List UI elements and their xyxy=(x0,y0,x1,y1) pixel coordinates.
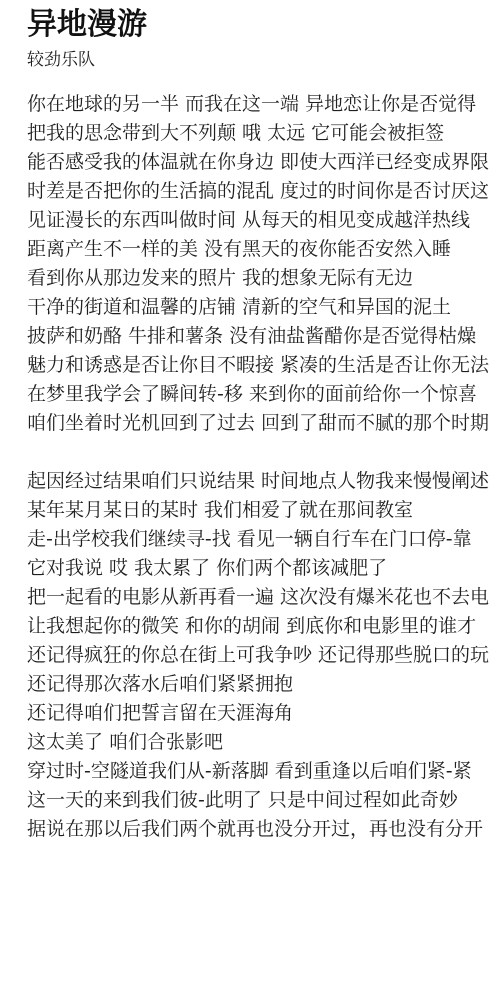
song-title: 异地漫游 xyxy=(27,6,500,44)
lyric-line: 距离产生不一样的美 没有黑天的夜你能否安然入睡 xyxy=(27,235,500,264)
lyric-line: 起因经过结果咱们只说结果 时间地点人物我来慢慢阐述 xyxy=(27,467,500,496)
lyric-line: 还记得那次落水后咱们紧紧拥抱 xyxy=(27,670,500,699)
lyric-line: 据说在那以后我们两个就再也没分开过，再也没有分开 xyxy=(27,815,500,844)
artist-name: 较劲乐队 xyxy=(27,48,500,72)
lyric-line: 还记得咱们把誓言留在天涯海角 xyxy=(27,699,500,728)
lyric-line: 它对我说 哎 我太累了 你们两个都该减肥了 xyxy=(27,554,500,583)
lyric-line: 穿过时-空隧道我们从-新落脚 看到重逢以后咱们紧-紧 xyxy=(27,757,500,786)
lyrics-page: 异地漫游 较劲乐队 你在地球的另一半 而我在这一端 异地恋让你是否觉得 把我的思… xyxy=(0,0,500,844)
lyric-line: 把我的思念带到大不列颠 哦 太远 它可能会被拒签 xyxy=(27,119,500,148)
lyric-line: 咱们坐着时光机回到了过去 回到了甜而不腻的那个时期 xyxy=(27,409,500,438)
lyric-line: 这太美了 咱们合张影吧 xyxy=(27,728,500,757)
lyric-line: 干净的街道和温馨的店铺 清新的空气和异国的泥土 xyxy=(27,293,500,322)
lyrics-block: 你在地球的另一半 而我在这一端 异地恋让你是否觉得 把我的思念带到大不列颠 哦 … xyxy=(27,90,500,844)
lyric-line: 还记得疯狂的你总在街上可我争吵 还记得那些脱口的玩 xyxy=(27,641,500,670)
lyric-line: 魅力和诱惑是否让你目不暇接 紧凑的生活是否让你无法 xyxy=(27,351,500,380)
lyric-line: 看到你从那边发来的照片 我的想象无际有无边 xyxy=(27,264,500,293)
lyric-line: 你在地球的另一半 而我在这一端 异地恋让你是否觉得 xyxy=(27,90,500,119)
lyric-line: 让我想起你的微笑 和你的胡闹 到底你和电影里的谁才 xyxy=(27,612,500,641)
lyric-line: 在梦里我学会了瞬间转-移 来到你的面前给你一个惊喜 xyxy=(27,380,500,409)
lyric-line: 见证漫长的东西叫做时间 从每天的相见变成越洋热线 xyxy=(27,206,500,235)
lyric-line: 这一天的来到我们彼-此明了 只是中间过程如此奇妙 xyxy=(27,786,500,815)
lyric-line: 某年某月某日的某时 我们相爱了就在那间教室 xyxy=(27,496,500,525)
stanza-spacer xyxy=(27,438,500,467)
lyric-line: 时差是否把你的生活搞的混乱 度过的时间你是否讨厌这 xyxy=(27,177,500,206)
lyric-line: 把一起看的电影从新再看一遍 这次没有爆米花也不去电 xyxy=(27,583,500,612)
lyric-line: 走-出学校我们继续寻-找 看见一辆自行车在门口停-靠 xyxy=(27,525,500,554)
lyric-line: 能否感受我的体温就在你身边 即使大西洋已经变成界限 xyxy=(27,148,500,177)
lyric-line: 披萨和奶酪 牛排和薯条 没有油盐酱醋你是否觉得枯燥 xyxy=(27,322,500,351)
